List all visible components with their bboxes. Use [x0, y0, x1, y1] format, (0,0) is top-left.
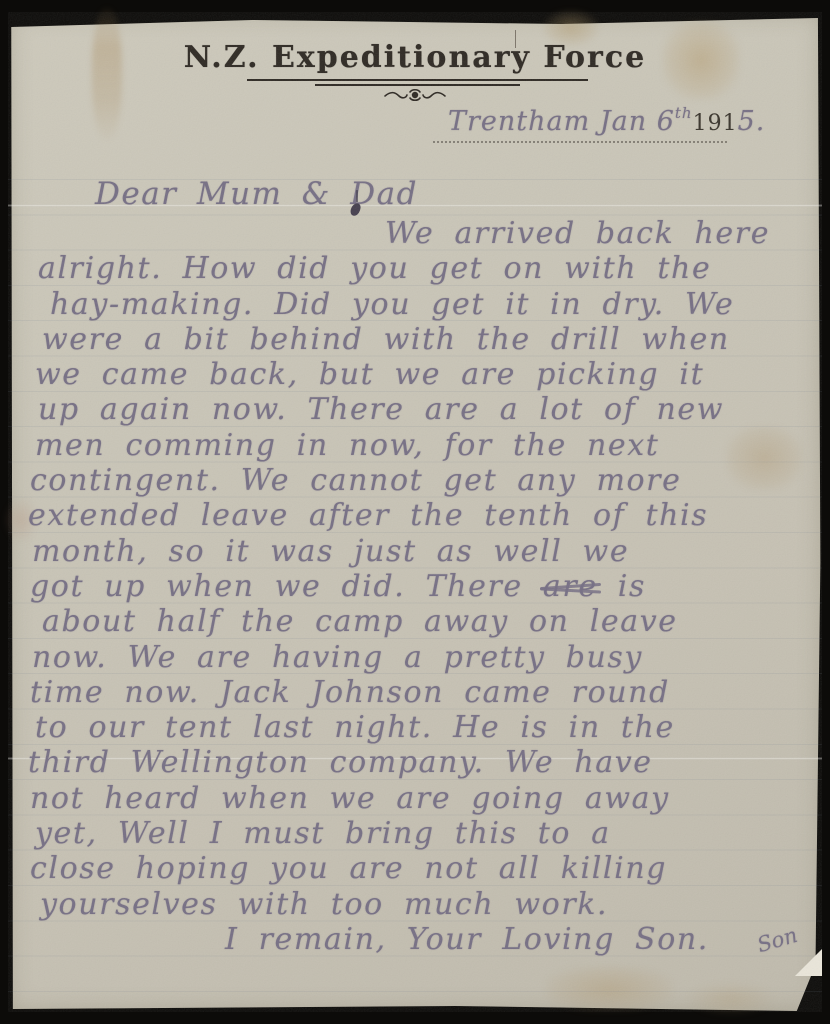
line-text: up again now. There are a lot of new [38, 392, 724, 427]
line-text: We arrived back here [385, 216, 770, 251]
line-text: alright. How did you get on with the [38, 251, 711, 286]
printed-year-prefix: 191 [693, 111, 738, 136]
line-text: now. We are having a pretty busy [32, 640, 643, 675]
letterhead-title: N.Z. Expeditionary Force [0, 40, 830, 75]
handwritten-year-digit: 5. [738, 106, 766, 137]
date-superscript: th [675, 104, 693, 122]
line-text: yet, Well I must bring this to a [35, 816, 611, 851]
line-text: contingent. We cannot get any more [30, 463, 681, 498]
letter-line: contingent. We cannot get any more [30, 463, 818, 498]
letterhead-rule-long [247, 79, 588, 81]
letter-line: not heard when we are going away [30, 781, 818, 816]
letter-line: We arrived back here [385, 216, 818, 251]
letter-line: men comming in now, for the next [35, 428, 818, 463]
letter-line: yet, Well I must bring this to a [35, 816, 818, 851]
handwritten-place-date: Trentham Jan 6 [448, 106, 675, 137]
letter-line: close hoping you are not all killing [30, 851, 818, 886]
letter-line: got up when we did. There are is [30, 569, 818, 604]
line-text: about half the camp away on leave [42, 604, 678, 639]
letter-line: month, so it was just as well we [32, 534, 818, 569]
line-text: extended leave after the tenth of this [28, 498, 708, 533]
line-text: I remain, Your Loving Son. [225, 922, 709, 957]
letter-line: yourselves with too much work. [40, 887, 818, 922]
letter-line: were a bit behind with the drill when [42, 322, 818, 357]
line-text: men comming in now, for the next [35, 428, 659, 463]
dateline: Trentham Jan 6th1915. [448, 106, 765, 137]
line-text: hay-making. Did you get it in dry. We [50, 287, 734, 322]
letter-line: to our tent last night. He is in the [35, 710, 818, 745]
line-text: were a bit behind with the drill when [42, 322, 730, 357]
letter-line: I remain, Your Loving Son. [225, 922, 818, 957]
letter-line: alright. How did you get on with the [38, 251, 818, 286]
letterhead-rule-short [315, 84, 520, 86]
line-text: is [598, 569, 646, 604]
line-text: to our tent last night. He is in the [35, 710, 675, 745]
letter-line: up again now. There are a lot of new [38, 392, 818, 427]
line-text: month, so it was just as well we [32, 534, 629, 569]
line-text: time now. Jack Johnson came round [30, 675, 670, 710]
scanned-letter: N.Z. Expeditionary Force Trentham Jan 6t… [0, 0, 830, 1024]
letter-line: time now. Jack Johnson came round [30, 675, 818, 710]
ink-blot-tail [356, 190, 358, 202]
line-text: we came back, but we are picking it [35, 357, 704, 392]
struck-word: are [543, 569, 598, 604]
letter-line: extended leave after the tenth of this [28, 498, 818, 533]
line-text: not heard when we are going away [30, 781, 670, 816]
letter-line: we came back, but we are picking it [35, 357, 818, 392]
line-text: close hoping you are not all killing [30, 851, 667, 886]
line-text: yourselves with too much work. [40, 887, 608, 922]
line-text: third Wellington company. We have [28, 745, 653, 780]
letter-line: now. We are having a pretty busy [32, 640, 818, 675]
dotted-date-rule [433, 141, 727, 143]
salutation: Dear Mum & Dad [95, 176, 418, 212]
line-text: got up when we did. There [30, 569, 543, 604]
letter-line: third Wellington company. We have [28, 745, 818, 780]
letter-line: hay-making. Did you get it in dry. We [50, 287, 818, 322]
letter-body: We arrived back herealright. How did you… [28, 216, 818, 957]
letter-line: about half the camp away on leave [42, 604, 818, 639]
floral-ornament-icon [383, 88, 447, 102]
